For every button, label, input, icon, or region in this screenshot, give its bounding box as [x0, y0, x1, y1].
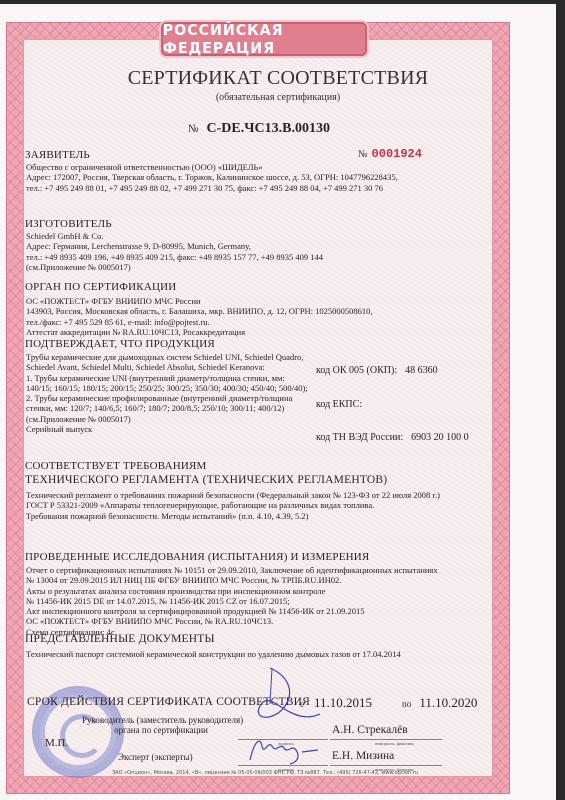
certification-body-line: ОС «ПОЖТЕСТ» ФГБУ ВНИИПО МЧС России — [26, 296, 373, 306]
code-label: код ЕКПС: — [316, 399, 362, 410]
product-line: Трубы керамические для дымоходных систем… — [26, 352, 308, 362]
applicant-heading: ЗАЯВИТЕЛЬ — [25, 149, 90, 161]
head-role-line: органа по сертификации — [82, 725, 228, 735]
expert-name: Е.Н. Мизина — [332, 750, 394, 762]
tests-line: № 11456-ИК 2015 DE от 14.07.2015, № 1145… — [26, 596, 438, 606]
product-line: (см.Приложение № 0005017) — [26, 414, 308, 424]
validity-to: по 11.10.2020 — [402, 694, 477, 712]
head-role-label: Руководитель (заместитель руководителя) … — [82, 715, 228, 735]
product-heading: ПОДТВЕРЖДАЕТ, ЧТО ПРОДУКЦИЯ — [25, 338, 215, 350]
number-sign: № — [358, 149, 368, 160]
printer-imprint: ЗАО «Опцион», Москва, 2014, «В», лицензи… — [0, 770, 530, 776]
code-label: код ТН ВЭД России: — [316, 432, 403, 443]
expert-role-label: Эксперт (эксперты) — [118, 752, 193, 762]
head-signature-line — [238, 739, 328, 740]
certificate-sheet: РОССИЙСКАЯ ФЕДЕРАЦИЯ СЕРТИФИКАТ СООТВЕТС… — [0, 4, 556, 800]
code-value: 48 6360 — [405, 365, 438, 376]
tests-details: Отчет о сертификационных испытаниях № 10… — [26, 565, 438, 637]
conformity-heading: СООТВЕТСТВУЕТ ТРЕБОВАНИЯМ — [25, 460, 207, 472]
manufacturer-line: (см.Приложение № 0005017) — [26, 262, 323, 272]
blank-serial-number: №0001924 — [358, 147, 422, 161]
document-title: СЕРТИФИКАТ СООТВЕТСТВИЯ — [0, 67, 556, 90]
manufacturer-heading: ИЗГОТОВИТЕЛЬ — [25, 218, 112, 230]
head-name-line — [330, 739, 442, 740]
conformity-details: Технический регламент о требованиях пожа… — [26, 490, 440, 521]
product-line: 2. Трубы керамические профилированные (в… — [26, 393, 308, 403]
document-subtitle: (обязательная сертификация) — [0, 92, 556, 103]
product-line: 140/15; 160/15; 180/15; 200/15; 250/25; … — [26, 383, 308, 393]
manufacturer-line: тел.: +49 8935 409 196, +49 8935 409 215… — [26, 252, 323, 262]
tests-line: Отчет о сертификационных испытаниях № 10… — [26, 565, 438, 575]
manufacturer-line: Schiedel GmbH & Co. — [26, 231, 323, 241]
tests-line: Акты о результатах анализа состояния про… — [26, 586, 438, 596]
applicant-details: Общество с ограниченной ответственностью… — [26, 162, 398, 193]
documents-details: Технический паспорт системной керамическ… — [26, 649, 401, 659]
tests-heading: ПРОВЕДЕННЫЕ ИССЛЕДОВАНИЯ (ИСПЫТАНИЯ) И И… — [25, 551, 369, 563]
documents-heading: ПРЕДСТАВЛЕННЫЕ ДОКУМЕНТЫ — [25, 633, 215, 645]
product-code-ekps: код ЕКПС: — [316, 394, 370, 412]
conformity-line: Технический регламент о требованиях пожа… — [26, 490, 440, 500]
certificate-number-value: C-DE.ЧС13.В.00130 — [207, 121, 330, 136]
certification-body-line: тел./факс: +7 495 529 85 61, e-mail: inf… — [26, 317, 373, 327]
applicant-line: тел.: +7 495 249 88 01, +7 495 249 88 02… — [26, 183, 398, 193]
product-code-tnved: код ТН ВЭД России:6903 20 100 0 — [316, 427, 469, 445]
number-sign: № — [188, 123, 199, 135]
head-signature — [240, 666, 320, 736]
certification-body-details: ОС «ПОЖТЕСТ» ФГБУ ВНИИПО МЧС России 1439… — [26, 296, 373, 337]
certification-body-heading: ОРГАН ПО СЕРТИФИКАЦИИ — [25, 281, 176, 293]
technical-regulation-heading: ТЕХНИЧЕСКОГО РЕГЛАМЕНТА (ТЕХНИЧЕСКИХ РЕГ… — [25, 474, 387, 486]
applicant-line: Адрес: 172007, Россия, Тверская область,… — [26, 172, 398, 182]
blank-number-value: 0001924 — [372, 147, 422, 161]
signature-caption: подпись — [278, 741, 294, 746]
name-caption: инициалы, фамилия — [375, 741, 414, 746]
manufacturer-line: Адрес: Германия, Lerchenstrasse 9, D-809… — [26, 241, 323, 251]
tests-line: Акт инспекционного контроля за сертифици… — [26, 606, 438, 616]
documents-line: Технический паспорт системной керамическ… — [26, 649, 401, 659]
code-value: 6903 20 100 0 — [411, 432, 469, 443]
conformity-line: Требования пожарной безопасности. Методы… — [26, 511, 440, 521]
validity-to-date: 11.10.2020 — [419, 695, 477, 710]
applicant-line: Общество с ограниченной ответственностью… — [26, 162, 398, 172]
expert-signature — [240, 732, 330, 766]
product-description: Трубы керамические для дымоходных систем… — [26, 352, 308, 434]
product-line: стенки, мм: 120/7; 140/6,5; 160/7; 180/7… — [26, 403, 308, 413]
product-line: 1. Трубы керамические UNI (внутренний ди… — [26, 373, 308, 383]
expert-signature-line — [238, 765, 328, 766]
validity-to-label: по — [402, 699, 411, 709]
certification-body-line: Аттестат аккредитации № RA.RU.10ЧС13, Ро… — [26, 327, 373, 337]
seal-place-label: М.П. — [45, 737, 68, 749]
code-label: код ОК 005 (ОКП): — [316, 365, 397, 376]
product-line: Schiedel Avant, Schiedel Multi, Schiedel… — [26, 362, 308, 372]
country-banner: РОССИЙСКАЯ ФЕДЕРАЦИЯ — [161, 22, 367, 56]
tests-line: № 13004 от 29.09.2015 ИЛ НИЦ ПБ ФГБУ ВНИ… — [26, 575, 438, 585]
head-name: А.Н. Стрекалёв — [332, 724, 408, 736]
certification-body-line: 143903, Россия, Московская область, г. Б… — [26, 306, 373, 316]
product-line: Серийный выпуск — [26, 424, 308, 434]
head-role-line: Руководитель (заместитель руководителя) — [82, 715, 228, 725]
expert-name-line — [330, 765, 442, 766]
validity-from-date: 11.10.2015 — [314, 695, 372, 710]
product-code-okp: код ОК 005 (ОКП):48 6360 — [316, 360, 438, 378]
tests-line: ОС «ПОЖТЕСТ» ФГБУ ВНИИПО МЧС России, № R… — [26, 616, 438, 626]
certificate-number: №C-DE.ЧС13.В.00130 — [188, 121, 330, 137]
conformity-line: ГОСТ Р 53321-2009 «Аппараты теплогенерир… — [26, 500, 440, 510]
manufacturer-details: Schiedel GmbH & Co. Адрес: Германия, Ler… — [26, 231, 323, 272]
